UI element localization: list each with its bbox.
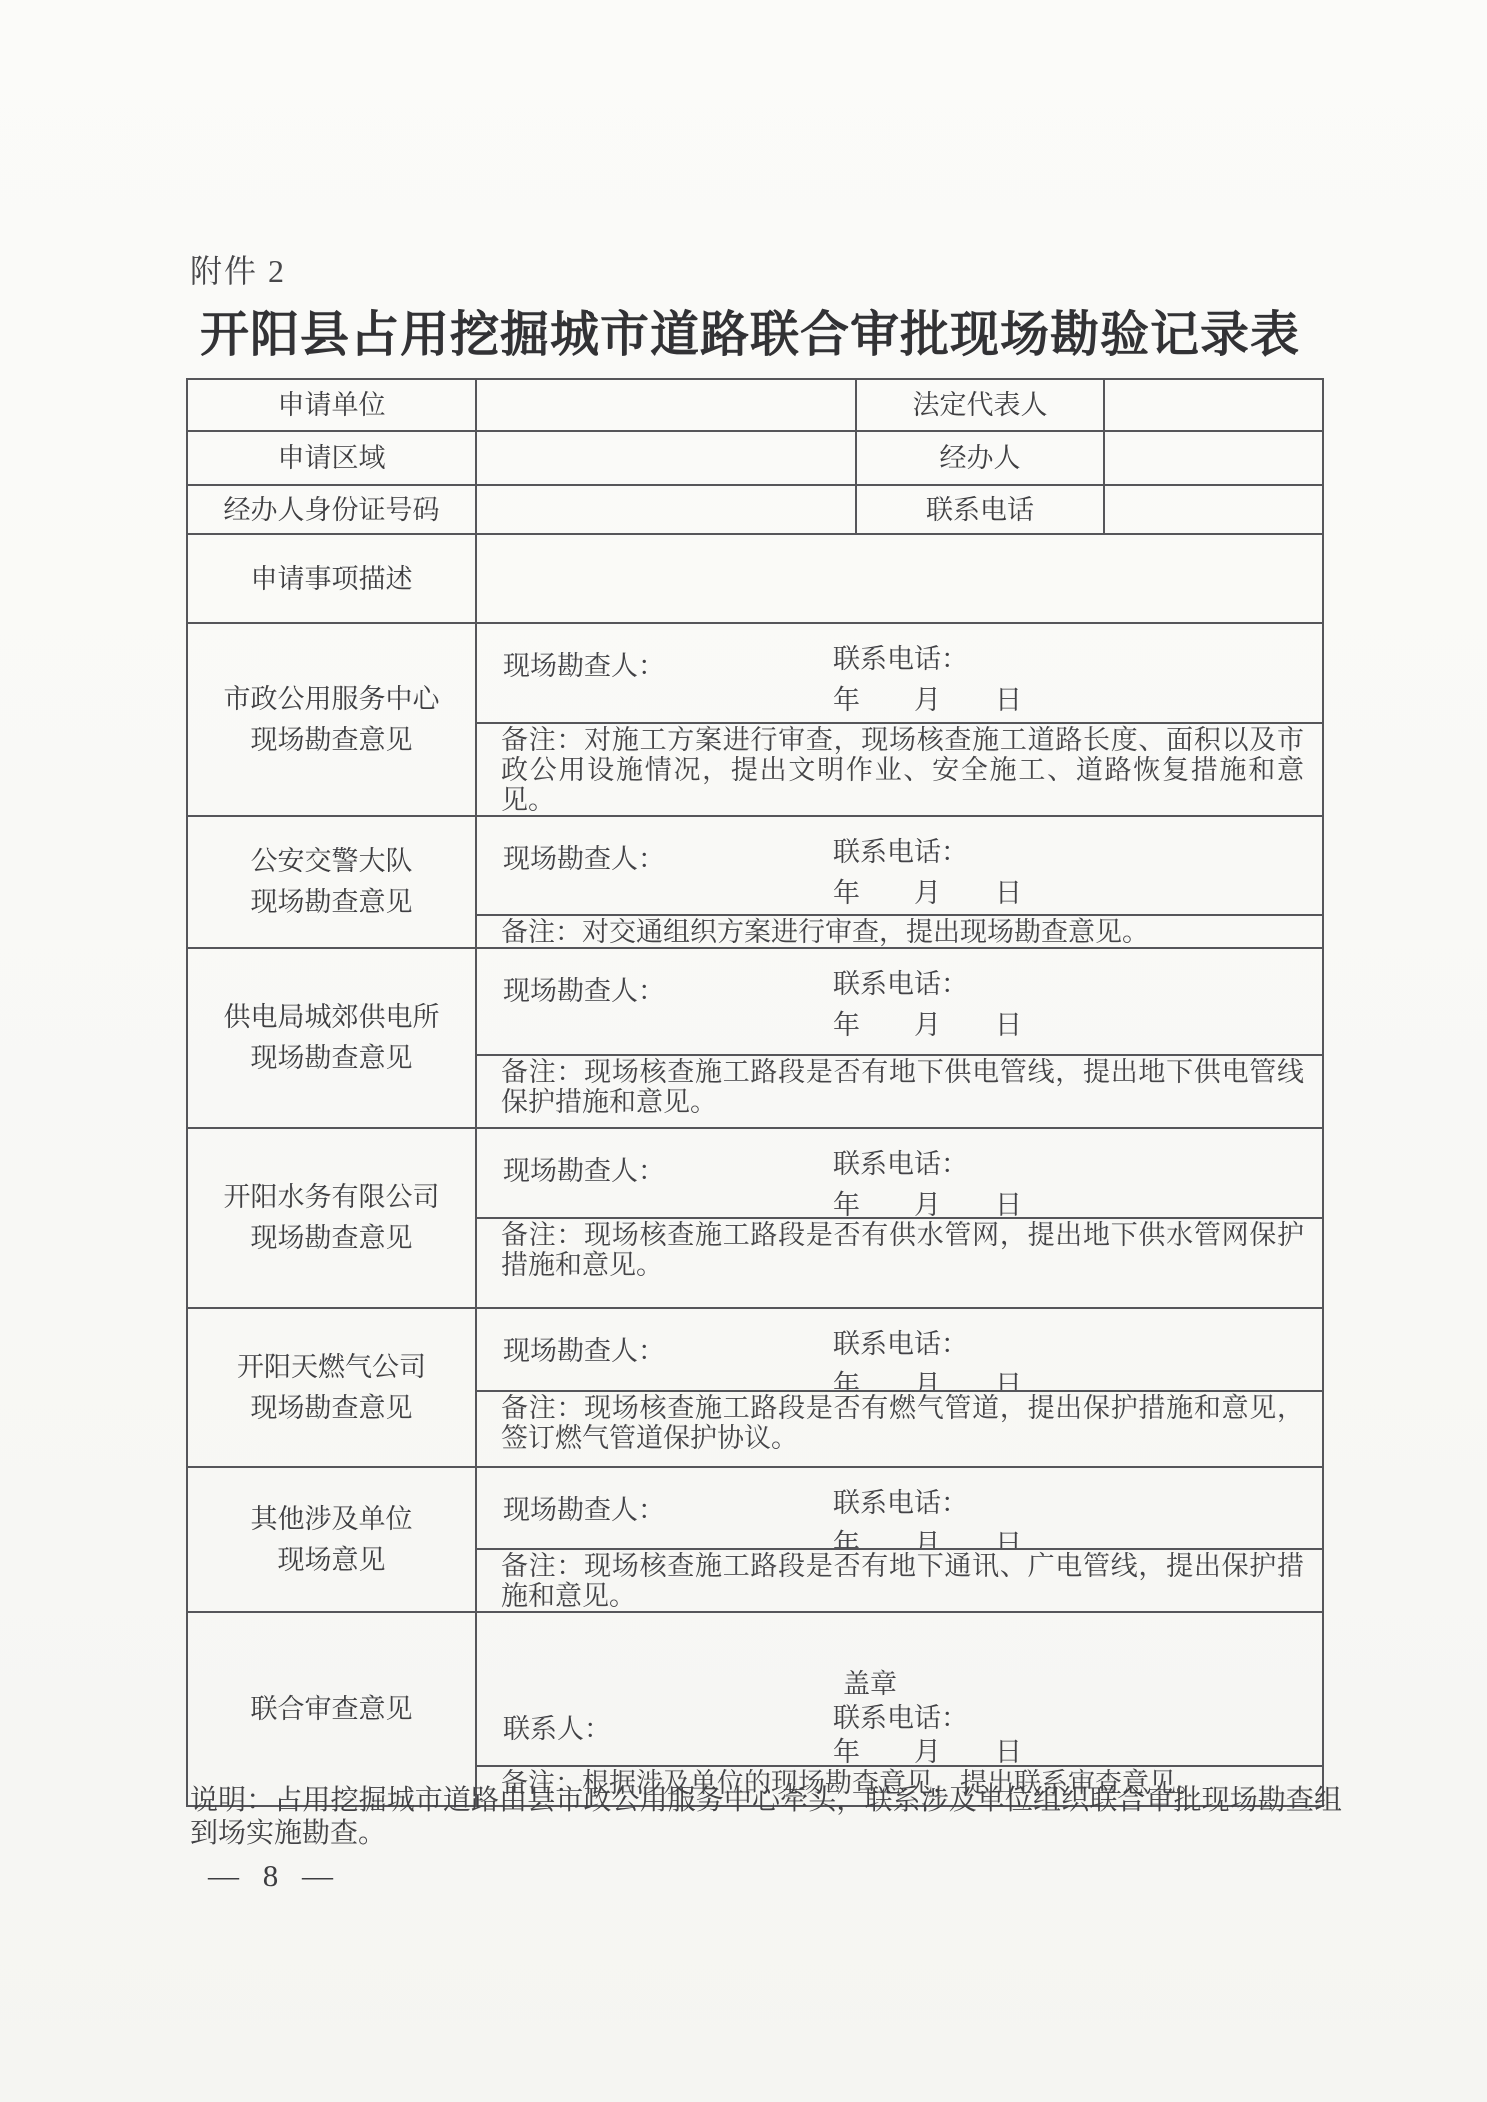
phone-label: 联系电话： [833,1329,968,1359]
surveyor-label: 现场勘查人： [503,1488,665,1527]
inspection-entry-cell: 现场勘查人： 联系电话： 年 月 日 [476,1128,1323,1218]
date-label: 年 月 日 [833,1190,1022,1218]
date-label: 年 月 日 [833,1737,1022,1766]
section-label-power-supply: 供电局城郊供电所 现场勘查意见 [187,948,476,1128]
field-value-legal-representative [1104,379,1323,431]
field-value-handler [1104,431,1323,485]
section-label-municipal-center: 市政公用服务中心 现场勘查意见 [187,623,476,816]
field-label-application-description: 申请事项描述 [187,534,476,623]
phone-label: 联系电话： [833,837,968,867]
header-row: 经办人身份证号码 联系电话 [187,485,1323,534]
field-value-application-description [476,534,1323,623]
field-label-application-area: 申请区域 [187,431,476,485]
contact-label: 联系人： [503,1707,611,1746]
section-note: 备注：现场核查施工路段是否有燃气管道，提出保护措施和意见，签订燃气管道保护协议。 [476,1391,1323,1467]
section-entry-row: 市政公用服务中心 现场勘查意见 现场勘查人： 联系电话： 年 月 日 [187,623,1323,723]
section-entry-row: 联合审查意见 联系人： 盖章 联系电话： 年 月 日 [187,1612,1323,1766]
inspection-entry-cell: 现场勘查人： 联系电话： 年 月 日 [476,816,1323,915]
field-label-handler: 经办人 [856,431,1104,485]
phone-label: 联系电话： [833,1703,1022,1733]
section-label-gas-company: 开阳天燃气公司 现场勘查意见 [187,1308,476,1467]
header-row: 申请单位 法定代表人 [187,379,1323,431]
date-label: 年 月 日 [833,1529,1022,1549]
section-note: 备注：对施工方案进行审查，现场核查施工道路长度、面积以及市政公用设施情况，提出文… [476,723,1323,816]
field-label-legal-representative: 法定代表人 [856,379,1104,431]
section-note: 备注：现场核查施工路段是否有地下供电管线，提出地下供电管线保护措施和意见。 [476,1055,1323,1128]
section-note: 备注：现场核查施工路段是否有供水管网，提出地下供水管网保护措施和意见。 [476,1218,1323,1308]
inspection-form-table: 申请单位 法定代表人 申请区域 经办人 经办人身份证号码 联系电话 申请事项描述 [186,378,1324,1807]
attachment-label: 附件 2 [190,246,286,292]
date-label: 年 月 日 [833,878,1022,909]
description-row: 申请事项描述 [187,534,1323,623]
surveyor-label: 现场勘查人： [503,644,665,683]
field-label-phone: 联系电话 [856,485,1104,534]
inspection-entry-cell: 现场勘查人： 联系电话： 年 月 日 [476,1467,1323,1549]
field-label-applicant-unit: 申请单位 [187,379,476,431]
surveyor-label: 现场勘查人： [503,969,665,1008]
date-label: 年 月 日 [833,685,1022,716]
inspection-entry-cell: 现场勘查人： 联系电话： 年 月 日 [476,948,1323,1055]
section-label-joint-review: 联合审查意见 [187,1612,476,1806]
field-label-id-number: 经办人身份证号码 [187,485,476,534]
field-value-application-area [476,431,856,485]
section-label-traffic-police: 公安交警大队 现场勘查意见 [187,816,476,948]
field-value-phone [1104,485,1323,534]
section-label-water-company: 开阳水务有限公司 现场勘查意见 [187,1128,476,1308]
phone-label: 联系电话： [833,1488,968,1518]
page-title: 开阳县占用挖掘城市道路联合审批现场勘验记录表 [170,296,1330,366]
section-note: 备注：对交通组织方案进行审查，提出现场勘查意见。 [476,915,1323,948]
section-entry-row: 供电局城郊供电所 现场勘查意见 现场勘查人： 联系电话： 年 月 日 [187,948,1323,1055]
page-number: — 8 — [208,1858,341,1894]
date-label: 年 月 日 [833,1370,1022,1391]
surveyor-label: 现场勘查人： [503,837,665,876]
phone-label: 联系电话： [833,1149,968,1179]
section-entry-row: 其他涉及单位 现场意见 现场勘查人： 联系电话： 年 月 日 [187,1467,1323,1549]
inspection-entry-cell: 现场勘查人： 联系电话： 年 月 日 [476,1308,1323,1391]
surveyor-label: 现场勘查人： [503,1329,665,1368]
seal-label: 盖章 [833,1669,897,1699]
section-note: 备注：现场核查施工路段是否有地下通讯、广电管线，提出保护措施和意见。 [476,1549,1323,1612]
section-entry-row: 开阳水务有限公司 现场勘查意见 现场勘查人： 联系电话： 年 月 日 [187,1128,1323,1218]
field-value-applicant-unit [476,379,856,431]
phone-label: 联系电话： [833,644,968,674]
section-entry-row: 公安交警大队 现场勘查意见 现场勘查人： 联系电话： 年 月 日 [187,816,1323,915]
joint-review-entry-cell: 联系人： 盖章 联系电话： 年 月 日 [476,1612,1323,1766]
document-page: 附件 2 开阳县占用挖掘城市道路联合审批现场勘验记录表 申请单位 法定代表人 申… [0,0,1487,2102]
section-entry-row: 开阳天燃气公司 现场勘查意见 现场勘查人： 联系电话： 年 月 日 [187,1308,1323,1391]
field-value-id-number [476,485,856,534]
phone-label: 联系电话： [833,969,968,999]
inspection-entry-cell: 现场勘查人： 联系电话： 年 月 日 [476,623,1323,723]
date-label: 年 月 日 [833,1010,1022,1041]
form-footnote: 说明：占用挖掘城市道路由县市政公用服务中心牵头，联系涉及单位组织联合审批现场勘查… [190,1784,1342,1850]
header-row: 申请区域 经办人 [187,431,1323,485]
surveyor-label: 现场勘查人： [503,1149,665,1188]
section-label-other-units: 其他涉及单位 现场意见 [187,1467,476,1612]
